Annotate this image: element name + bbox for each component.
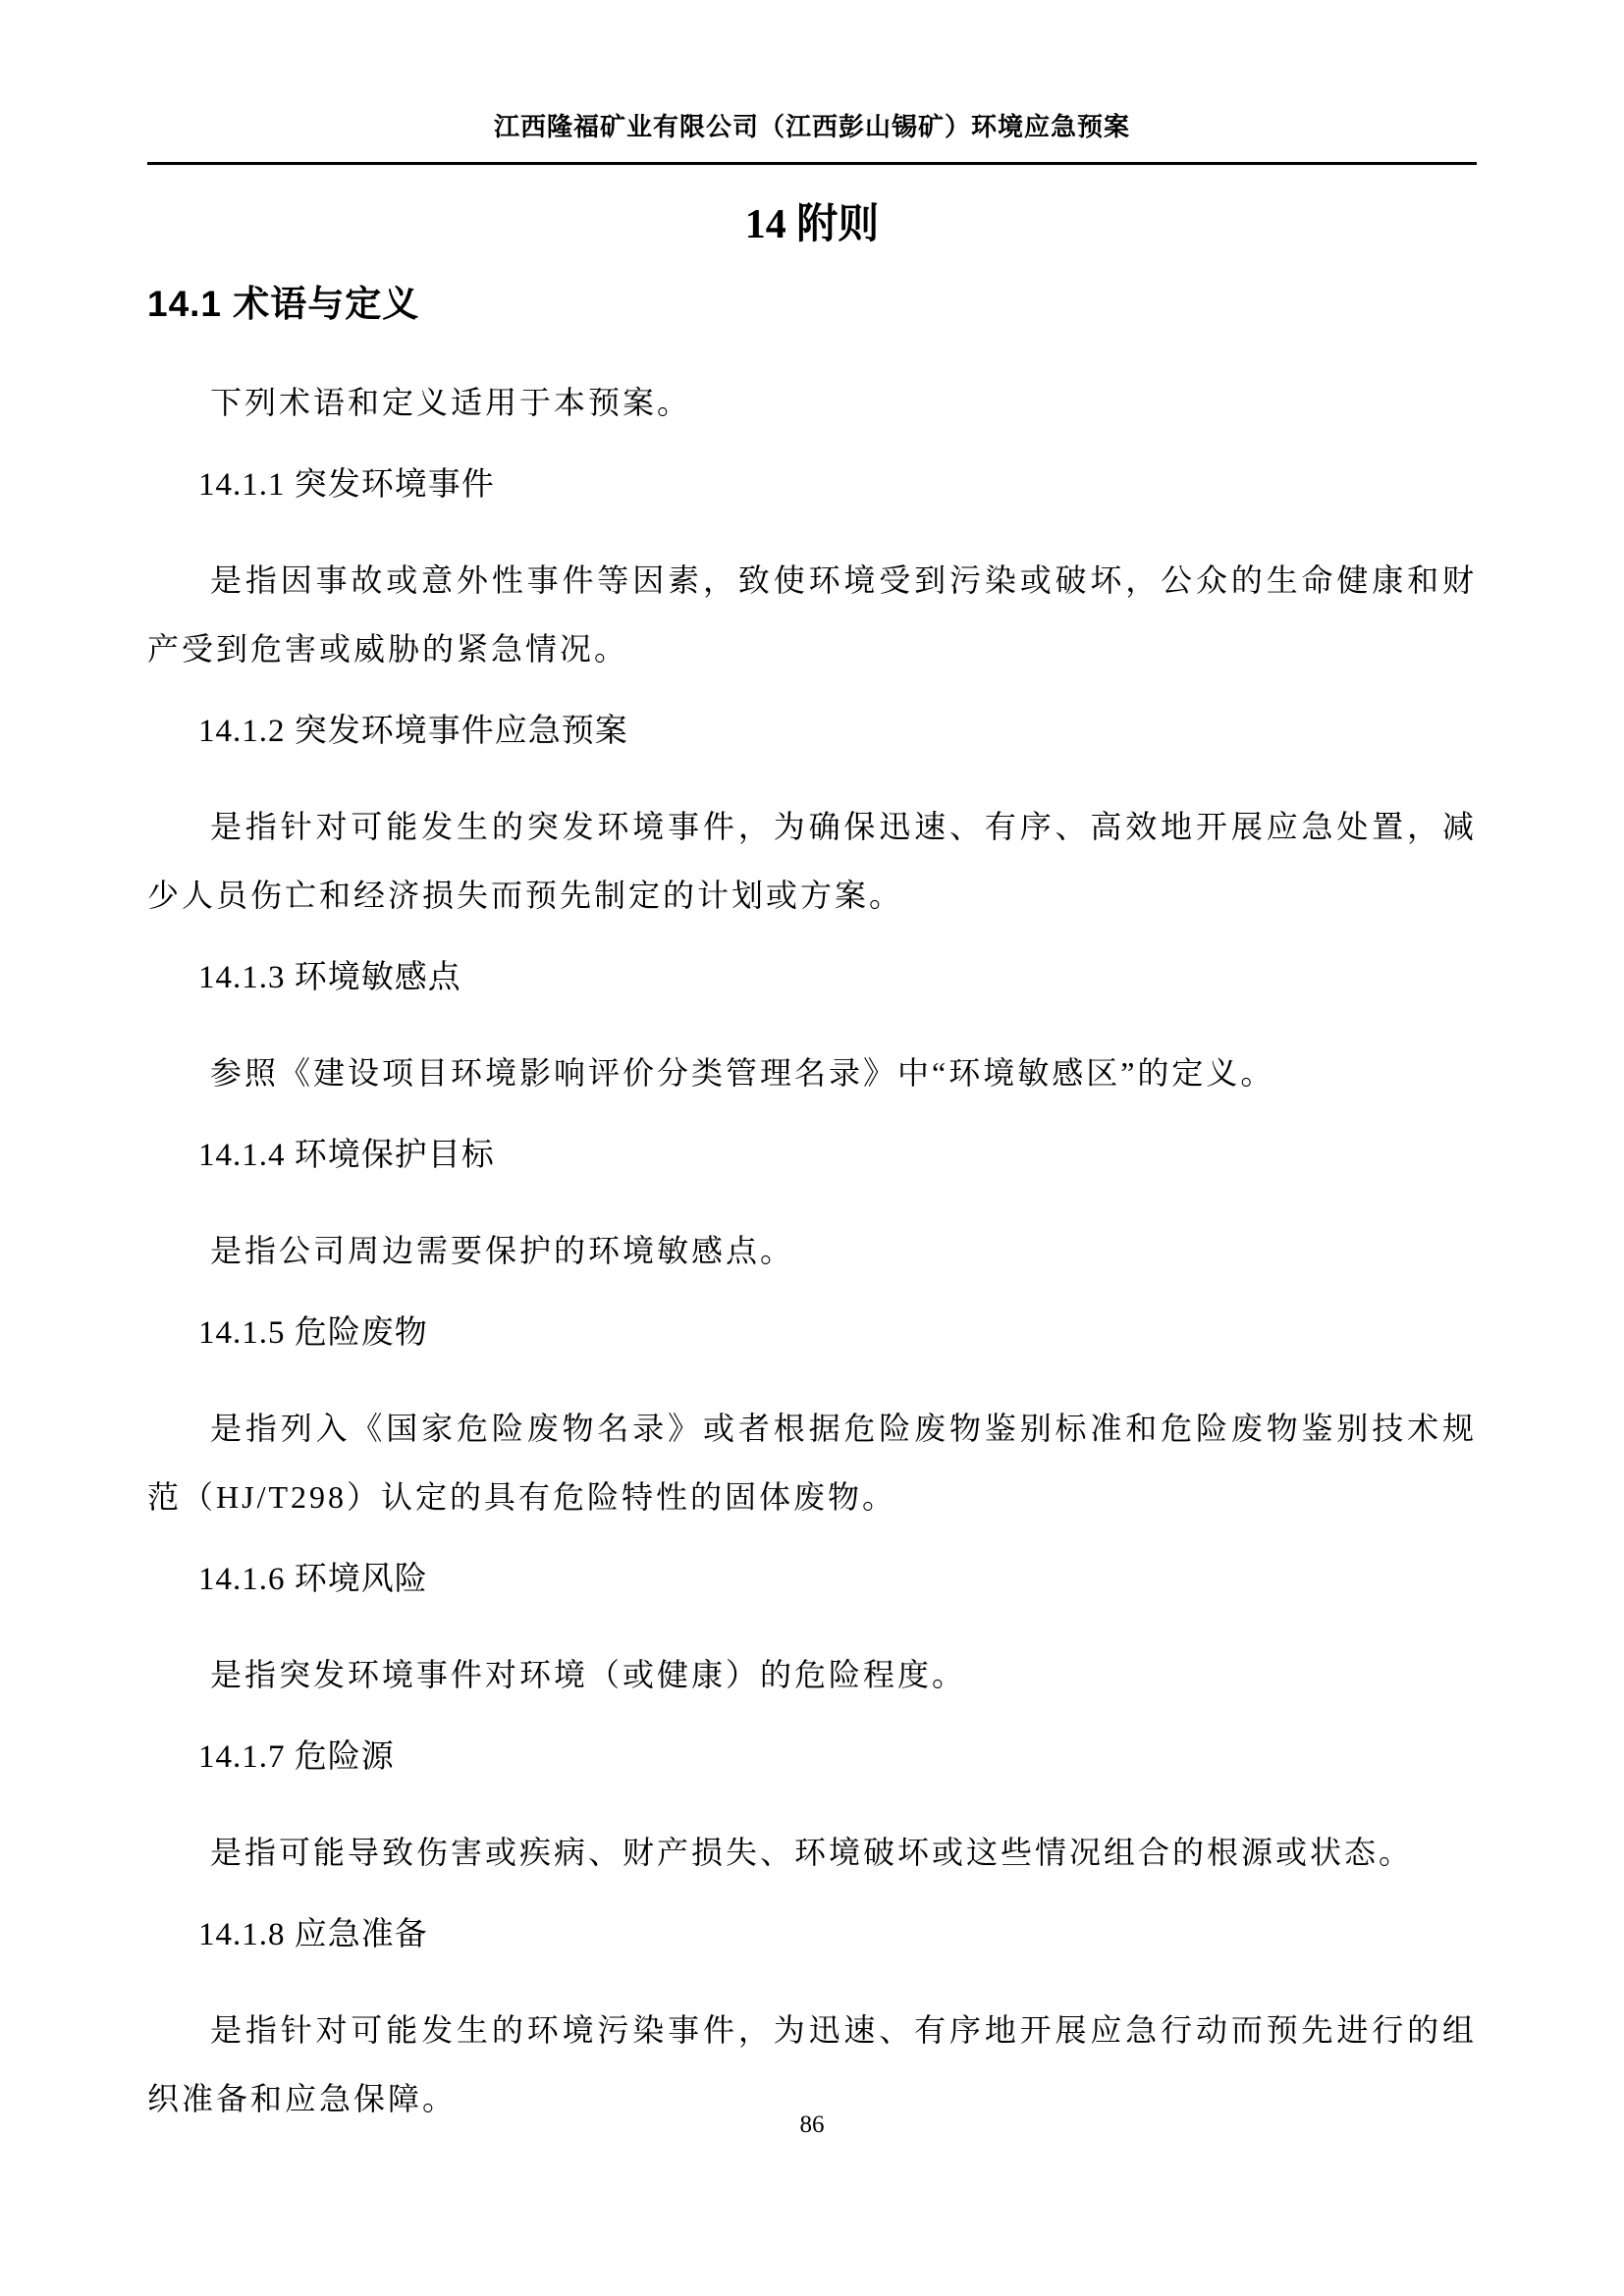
subsection: 14.1.7 危险源 是指可能导致伤害或疾病、财产损失、环境破坏或这些情况组合的… <box>147 1734 1477 1887</box>
subsection: 14.1.4 环境保护目标 是指公司周边需要保护的环境敏感点。 <box>147 1132 1477 1285</box>
subsection-heading: 14.1.4 环境保护目标 <box>147 1132 1477 1179</box>
section-heading: 14.1 术语与定义 <box>147 280 1477 329</box>
subsection: 14.1.2 突发环境事件应急预案 是指针对可能发生的突发环境事件，为确保迅速、… <box>147 708 1477 930</box>
subsection-body: 是指突发环境事件对环境（或健康）的危险程度。 <box>147 1640 1477 1709</box>
chapter-title: 14 附则 <box>147 197 1477 252</box>
subsection: 14.1.8 应急准备 是指针对可能发生的环境污染事件，为迅速、有序地开展应急行… <box>147 1911 1477 2133</box>
subsection: 14.1.6 环境风险 是指突发环境事件对环境（或健康）的危险程度。 <box>147 1556 1477 1709</box>
subsection-body: 是指公司周边需要保护的环境敏感点。 <box>147 1216 1477 1285</box>
subsection-heading: 14.1.5 危险废物 <box>147 1309 1477 1357</box>
subsection-heading: 14.1.2 突发环境事件应急预案 <box>147 708 1477 755</box>
page-number: 86 <box>0 2109 1624 2142</box>
subsection: 14.1.3 环境敏感点 参照《建设项目环境影响评价分类管理名录》中“环境敏感区… <box>147 954 1477 1107</box>
subsection: 14.1.5 危险废物 是指列入《国家危险废物名录》或者根据危险废物鉴别标准和危… <box>147 1309 1477 1531</box>
subsection-heading: 14.1.8 应急准备 <box>147 1911 1477 1958</box>
page-header: 江西隆福矿业有限公司（江西彭山锡矿）环境应急预案 <box>147 110 1477 145</box>
subsection: 14.1.1 突发环境事件 是指因事故或意外性事件等因素，致使环境受到污染或破坏… <box>147 461 1477 683</box>
subsection-body: 是指列入《国家危险废物名录》或者根据危险废物鉴别标准和危险废物鉴别技术规范（HJ… <box>147 1394 1477 1531</box>
subsection-body: 是指针对可能发生的突发环境事件，为确保迅速、有序、高效地开展应急处置，减少人员伤… <box>147 792 1477 930</box>
subsection-heading: 14.1.1 突发环境事件 <box>147 461 1477 508</box>
subsection-heading: 14.1.6 环境风险 <box>147 1556 1477 1603</box>
subsection-body: 是指可能导致伤害或疾病、财产损失、环境破坏或这些情况组合的根源或状态。 <box>147 1818 1477 1887</box>
section-intro: 下列术语和定义适用于本预案。 <box>147 368 1477 437</box>
document-page: 江西隆福矿业有限公司（江西彭山锡矿）环境应急预案 14 附则 14.1 术语与定… <box>0 0 1624 2296</box>
header-rule <box>147 162 1477 165</box>
subsection-body: 参照《建设项目环境影响评价分类管理名录》中“环境敏感区”的定义。 <box>147 1039 1477 1107</box>
subsection-body: 是指因事故或意外性事件等因素，致使环境受到污染或破坏，公众的生命健康和财产受到危… <box>147 546 1477 683</box>
subsection-heading: 14.1.7 危险源 <box>147 1734 1477 1781</box>
page-content: 江西隆福矿业有限公司（江西彭山锡矿）环境应急预案 14 附则 14.1 术语与定… <box>0 0 1624 2133</box>
subsection-heading: 14.1.3 环境敏感点 <box>147 954 1477 1001</box>
